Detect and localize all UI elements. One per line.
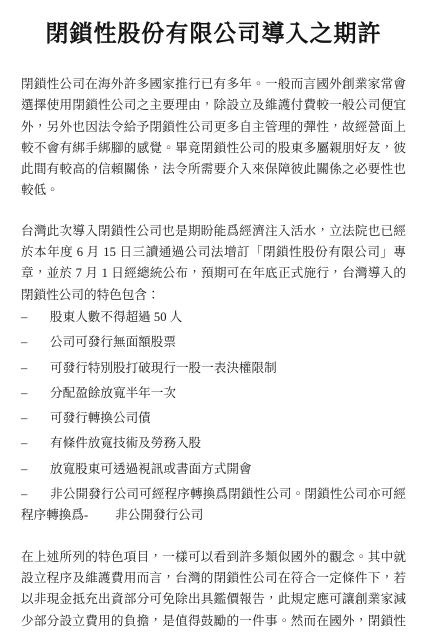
text-line: 少部分設立費用的負擔，是值得鼓勵的一件事。然而在國外，閉鎖性	[21, 611, 406, 632]
bullet-item-conversion: –非公開發行公司可經程序轉換爲閉鎖性公司。閉鎖性公司亦可經 程序轉換爲-非公開發…	[21, 484, 406, 527]
text-line: 台灣此次導入閉鎖性公司也是期盼能爲經濟注入活水，立法院也已經	[21, 221, 406, 242]
bullet-text: 股東人數不得超過 50 人	[50, 310, 182, 324]
text-line: 此間有較高的信賴關係，法令所需要介入來保障彼此關係之必要性也	[21, 159, 406, 180]
document-title: 閉鎖性股份有限公司導入之期許	[21, 19, 406, 49]
bullet-line: –非公開發行公司可經程序轉換爲閉鎖性公司。閉鎖性公司亦可經	[21, 484, 406, 505]
bullet-text: 可發行轉換公司債	[50, 411, 151, 425]
bullet-text: 分配盈餘放寬半年一次	[50, 386, 176, 400]
bullet-text: 有條件放寬技術及勞務入股	[50, 436, 201, 450]
bullet-text: 可發行特別股打破現行一股一表決權限制	[50, 361, 277, 375]
document-page: 閉鎖性股份有限公司導入之期許 閉鎖性公司在海外許多國家推行已有多年。一般而言國外…	[0, 0, 427, 639]
text-line: 設立程序及維護費用而言，台灣的閉鎖性公司在符合一定條件下，若	[21, 568, 406, 589]
bullet-item: –可發行特別股打破現行一股一表決權限制	[21, 358, 406, 379]
bullet-dash: –	[21, 433, 50, 454]
paragraph-taiwan-law: 台灣此次導入閉鎖性公司也是期盼能爲經濟注入活水，立法院也已經 於本年度 6 月 …	[21, 221, 406, 306]
text-line: 較不會有綁手綁腳的感覺。畢竟閉鎖性公司的股東多屬親朋好友，彼	[21, 138, 406, 159]
text-line: 選擇使用閉鎖性公司之主要理由，除設立及維護付費較一般公司便宜	[21, 95, 406, 116]
bullet-item: –有條件放寬技術及勞務入股	[21, 433, 406, 454]
feature-list: –股東人數不得超過 50 人 –公司可發行無面額股票 –可發行特別股打破現行一股…	[21, 307, 406, 527]
bullet-text: 非公開發行公司可經程序轉換爲閉鎖性公司。閉鎖性公司亦可經	[50, 487, 406, 501]
text-line: 外，另外也因法令給予閉鎖性公司更多自主管理的彈性，故經營面上	[21, 117, 406, 138]
bullet-dash: –	[21, 332, 50, 353]
text-line: 閉鎖性公司的特色包含：	[21, 285, 406, 306]
text-line: 以非現金抵充出資部分可免除出具鑑價報告，此規定應可讓創業家減	[21, 589, 406, 610]
bullet-item: –公司可發行無面額股票	[21, 332, 406, 353]
bullet-dash: –	[21, 484, 50, 505]
bullet-dash: –	[21, 408, 50, 429]
bullet-text: 公司可發行無面額股票	[50, 335, 176, 349]
bullet-text: 非公開發行公司	[115, 508, 203, 522]
bullet-item: –股東人數不得超過 50 人	[21, 307, 406, 328]
paragraph-commentary: 在上述所列的特色項目，一樣可以看到許多類似國外的觀念。其中就 設立程序及維護費用…	[21, 547, 406, 632]
text-line: 在上述所列的特色項目，一樣可以看到許多類似國外的觀念。其中就	[21, 547, 406, 568]
text-line: 較低。	[21, 180, 406, 201]
bullet-text: 程序轉換爲-	[21, 508, 88, 522]
bullet-item: –放寬股東可透過視訊或書面方式開會	[21, 459, 406, 480]
bullet-dash: –	[21, 459, 50, 480]
bullet-item: –分配盈餘放寬半年一次	[21, 383, 406, 404]
text-line: 於本年度 6 月 15 日三讀通過公司法增訂「閉鎖性股份有限公司」專	[21, 242, 406, 263]
text-line: 閉鎖性公司在海外許多國家推行已有多年。一般而言國外創業家常會	[21, 74, 406, 95]
bullet-dash: –	[21, 383, 50, 404]
bullet-wrap-line: 程序轉換爲-非公開發行公司	[21, 505, 406, 526]
bullet-dash: –	[21, 358, 50, 379]
bullet-item: –可發行轉換公司債	[21, 408, 406, 429]
text-line: 章，並於 7 月 1 日經總統公布，預期可在年底正式施行，台灣導入的	[21, 263, 406, 284]
paragraph-intro: 閉鎖性公司在海外許多國家推行已有多年。一般而言國外創業家常會 選擇使用閉鎖性公司…	[21, 74, 406, 202]
bullet-text: 放寬股東可透過視訊或書面方式開會	[50, 462, 252, 476]
bullet-dash: –	[21, 307, 50, 328]
